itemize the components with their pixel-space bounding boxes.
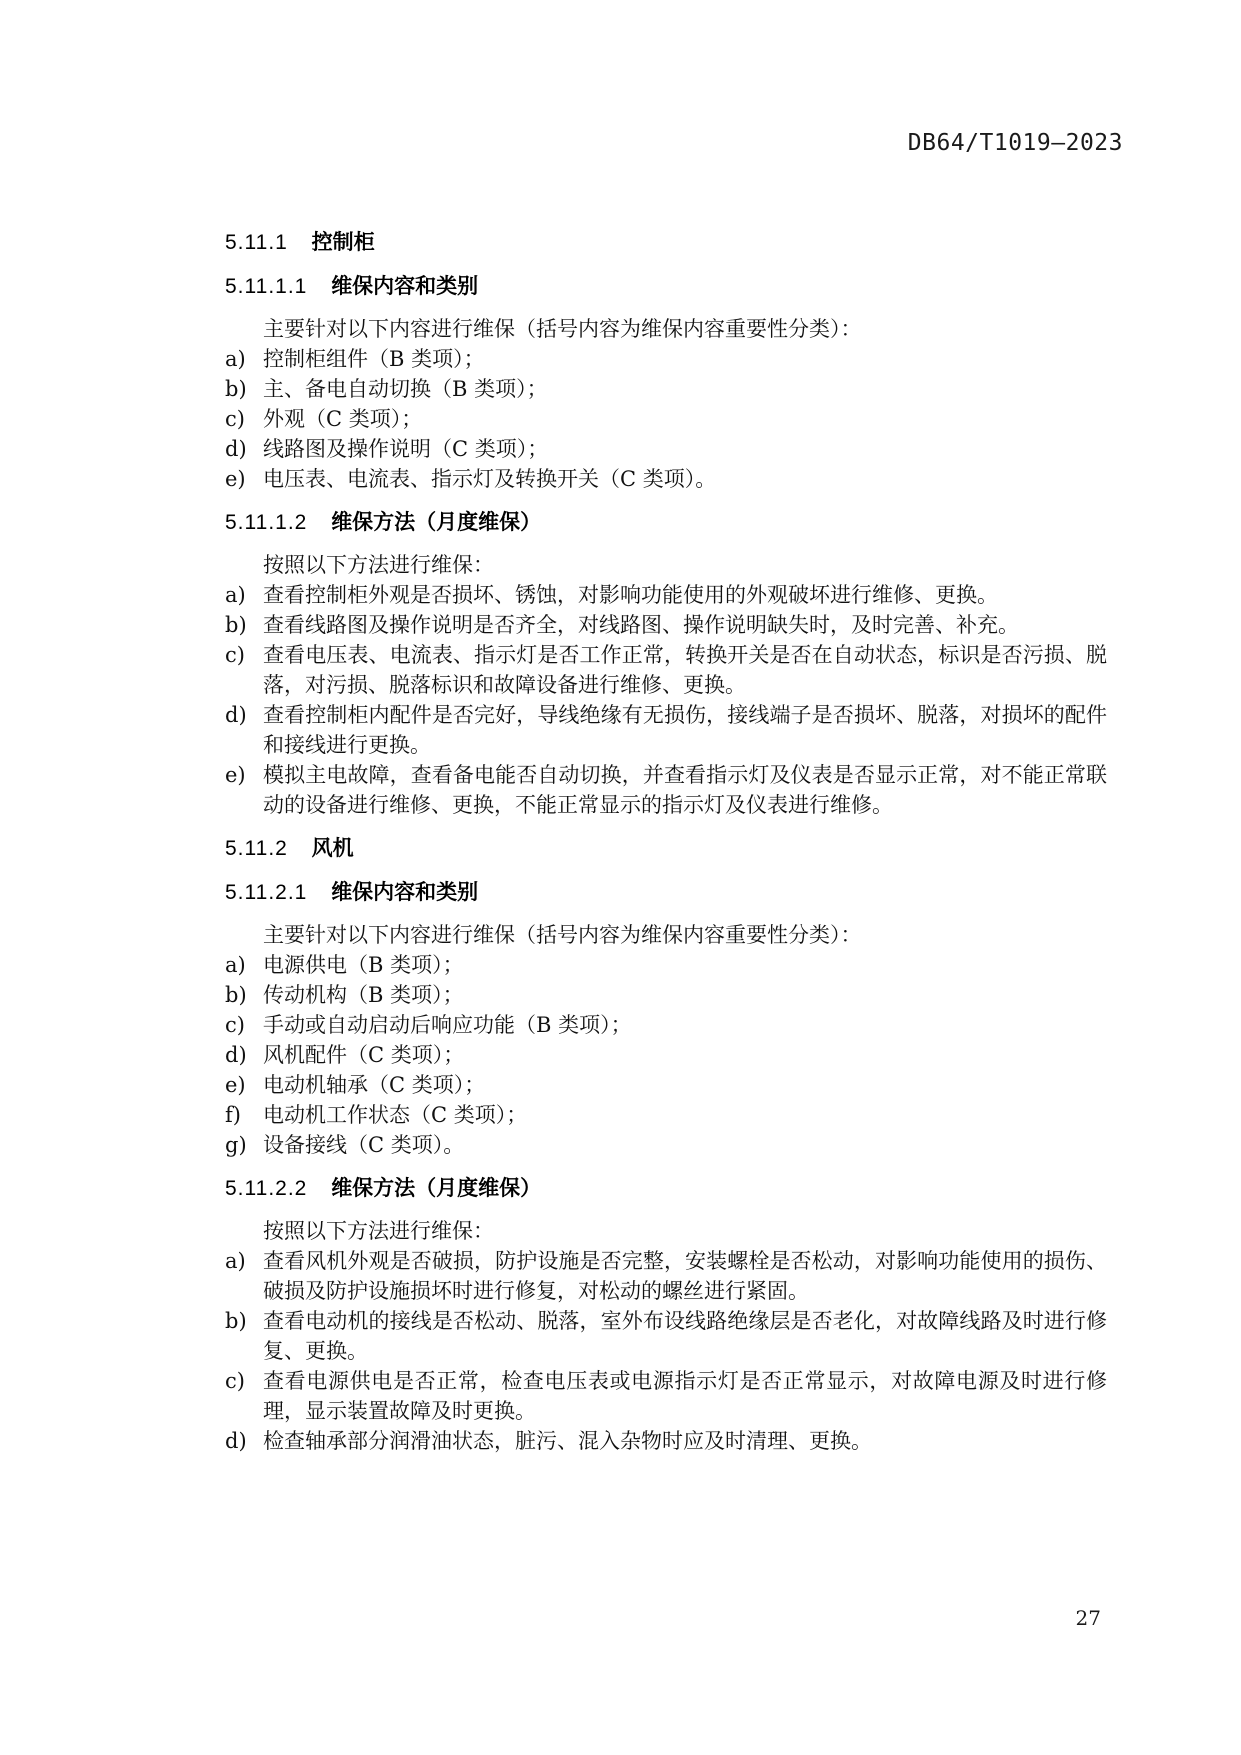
list-item: c) 查看电源供电是否正常，检查电压表或电源指示灯是否正常显示，对故障电源及时进…	[225, 1366, 1107, 1426]
clause-number: 5.11.1.1	[225, 275, 307, 298]
list-item: b) 主、备电自动切换（B 类项）；	[225, 374, 1107, 404]
page-number: 27	[1076, 1606, 1101, 1630]
list-item: b) 查看线路图及操作说明是否齐全，对线路图、操作说明缺失时，及时完善、补充。	[225, 610, 1107, 640]
clause-title: 维保内容和类别	[331, 881, 478, 904]
list-item: c) 查看电压表、电流表、指示灯是否工作正常，转换开关是否在自动状态，标识是否污…	[225, 640, 1107, 700]
clause-title: 维保方法（月度维保）	[331, 511, 541, 534]
list-item-text: 风机配件（C 类项）；	[263, 1040, 1107, 1070]
list-item-text: 模拟主电故障，查看备电能否自动切换，并查看指示灯及仪表是否显示正常，对不能正常联…	[263, 760, 1107, 820]
list-item: a) 电源供电（B 类项）；	[225, 950, 1107, 980]
list-item-label: d)	[225, 434, 263, 464]
list-item: a) 查看控制柜外观是否损坏、锈蚀，对影响功能使用的外观破坏进行维修、更换。	[225, 580, 1107, 610]
list-item-text: 查看风机外观是否破损，防护设施是否完整，安装螺栓是否松动，对影响功能使用的损伤、…	[263, 1246, 1107, 1306]
list-item: c) 手动或自动启动后响应功能（B 类项）；	[225, 1010, 1107, 1040]
list-item-text: 电动机工作状态（C 类项）；	[263, 1100, 1107, 1130]
list-item-label: a)	[225, 580, 263, 610]
list-item: d) 检查轴承部分润滑油状态，脏污、混入杂物时应及时清理、更换。	[225, 1426, 1107, 1456]
intro-paragraph: 按照以下方法进行维保：	[225, 550, 1107, 580]
clause-title: 控制柜	[312, 231, 375, 254]
list-item-text: 查看线路图及操作说明是否齐全，对线路图、操作说明缺失时，及时完善、补充。	[263, 610, 1107, 640]
list-item-label: c)	[225, 640, 263, 670]
list-item-label: g)	[225, 1130, 263, 1160]
list-item-label: d)	[225, 700, 263, 730]
list-item-label: d)	[225, 1426, 263, 1456]
list-item: e) 电动机轴承（C 类项）；	[225, 1070, 1107, 1100]
list-item: b) 查看电动机的接线是否松动、脱落，室外布设线路绝缘层是否老化，对故障线路及时…	[225, 1306, 1107, 1366]
clause-number: 5.11.1.2	[225, 511, 307, 534]
clause-number: 5.11.2	[225, 837, 288, 860]
list-item-text: 电压表、电流表、指示灯及转换开关（C 类项）。	[263, 464, 1107, 494]
intro-paragraph: 主要针对以下内容进行维保（括号内容为维保内容重要性分类）：	[225, 920, 1107, 950]
list-item-text: 手动或自动启动后响应功能（B 类项）；	[263, 1010, 1107, 1040]
list-item-text: 查看控制柜内配件是否完好，导线绝缘有无损伤，接线端子是否损坏、脱落，对损坏的配件…	[263, 700, 1107, 760]
list-item-label: c)	[225, 1010, 263, 1040]
section-heading-5-11-2-1: 5.11.2.1 维保内容和类别	[225, 878, 1107, 908]
list-item-label: c)	[225, 1366, 263, 1396]
list-item-text: 查看电压表、电流表、指示灯是否工作正常，转换开关是否在自动状态，标识是否污损、脱…	[263, 640, 1107, 700]
list-item-text: 传动机构（B 类项）；	[263, 980, 1107, 1010]
clause-number: 5.11.2.2	[225, 1177, 307, 1200]
list-item-text: 外观（C 类项）；	[263, 404, 1107, 434]
doc-code: DB64/T1019—2023	[908, 130, 1123, 156]
section-heading-5-11-2-2: 5.11.2.2 维保方法（月度维保）	[225, 1174, 1107, 1204]
item-list-5-11-2-1: a) 电源供电（B 类项）； b) 传动机构（B 类项）； c) 手动或自动启动…	[225, 950, 1107, 1160]
section-heading-5-11-1-1: 5.11.1.1 维保内容和类别	[225, 272, 1107, 302]
document-content: 5.11.1 控制柜 5.11.1.1 维保内容和类别 主要针对以下内容进行维保…	[225, 228, 1107, 1456]
list-item: d) 风机配件（C 类项）；	[225, 1040, 1107, 1070]
list-item-text: 设备接线（C 类项）。	[263, 1130, 1107, 1160]
list-item-label: c)	[225, 404, 263, 434]
section-heading-5-11-2: 5.11.2 风机	[225, 834, 1107, 864]
list-item-text: 电动机轴承（C 类项）；	[263, 1070, 1107, 1100]
list-item: e) 电压表、电流表、指示灯及转换开关（C 类项）。	[225, 464, 1107, 494]
list-item: d) 线路图及操作说明（C 类项）；	[225, 434, 1107, 464]
list-item-label: a)	[225, 344, 263, 374]
list-item-text: 控制柜组件（B 类项）；	[263, 344, 1107, 374]
list-item: e) 模拟主电故障，查看备电能否自动切换，并查看指示灯及仪表是否显示正常，对不能…	[225, 760, 1107, 820]
list-item: c) 外观（C 类项）；	[225, 404, 1107, 434]
list-item-label: d)	[225, 1040, 263, 1070]
item-list-5-11-2-2: a) 查看风机外观是否破损，防护设施是否完整，安装螺栓是否松动，对影响功能使用的…	[225, 1246, 1107, 1456]
clause-title: 风机	[312, 837, 354, 860]
list-item-label: e)	[225, 464, 263, 494]
clause-number: 5.11.2.1	[225, 881, 307, 904]
list-item-label: b)	[225, 374, 263, 404]
list-item-text: 查看电源供电是否正常，检查电压表或电源指示灯是否正常显示，对故障电源及时进行修理…	[263, 1366, 1107, 1426]
list-item-label: a)	[225, 1246, 263, 1276]
list-item: g) 设备接线（C 类项）。	[225, 1130, 1107, 1160]
list-item-label: b)	[225, 610, 263, 640]
list-item-label: e)	[225, 1070, 263, 1100]
list-item-text: 主、备电自动切换（B 类项）；	[263, 374, 1107, 404]
list-item-text: 电源供电（B 类项）；	[263, 950, 1107, 980]
item-list-5-11-1-1: a) 控制柜组件（B 类项）； b) 主、备电自动切换（B 类项）； c) 外观…	[225, 344, 1107, 494]
list-item-label: b)	[225, 1306, 263, 1336]
document-page: DB64/T1019—2023 5.11.1 控制柜 5.11.1.1 维保内容…	[0, 0, 1241, 1755]
list-item: d) 查看控制柜内配件是否完好，导线绝缘有无损伤，接线端子是否损坏、脱落，对损坏…	[225, 700, 1107, 760]
section-heading-5-11-1-2: 5.11.1.2 维保方法（月度维保）	[225, 508, 1107, 538]
list-item: f) 电动机工作状态（C 类项）；	[225, 1100, 1107, 1130]
list-item-text: 查看控制柜外观是否损坏、锈蚀，对影响功能使用的外观破坏进行维修、更换。	[263, 580, 1107, 610]
list-item-label: f)	[225, 1100, 263, 1130]
list-item: a) 控制柜组件（B 类项）；	[225, 344, 1107, 374]
list-item-label: a)	[225, 950, 263, 980]
clause-number: 5.11.1	[225, 231, 288, 254]
list-item-text: 检查轴承部分润滑油状态，脏污、混入杂物时应及时清理、更换。	[263, 1426, 1107, 1456]
intro-paragraph: 主要针对以下内容进行维保（括号内容为维保内容重要性分类）：	[225, 314, 1107, 344]
intro-paragraph: 按照以下方法进行维保：	[225, 1216, 1107, 1246]
clause-title: 维保方法（月度维保）	[331, 1177, 541, 1200]
list-item-label: b)	[225, 980, 263, 1010]
list-item-label: e)	[225, 760, 263, 790]
list-item-text: 查看电动机的接线是否松动、脱落，室外布设线路绝缘层是否老化，对故障线路及时进行修…	[263, 1306, 1107, 1366]
list-item-text: 线路图及操作说明（C 类项）；	[263, 434, 1107, 464]
item-list-5-11-1-2: a) 查看控制柜外观是否损坏、锈蚀，对影响功能使用的外观破坏进行维修、更换。 b…	[225, 580, 1107, 820]
list-item: b) 传动机构（B 类项）；	[225, 980, 1107, 1010]
section-heading-5-11-1: 5.11.1 控制柜	[225, 228, 1107, 258]
list-item: a) 查看风机外观是否破损，防护设施是否完整，安装螺栓是否松动，对影响功能使用的…	[225, 1246, 1107, 1306]
clause-title: 维保内容和类别	[331, 275, 478, 298]
